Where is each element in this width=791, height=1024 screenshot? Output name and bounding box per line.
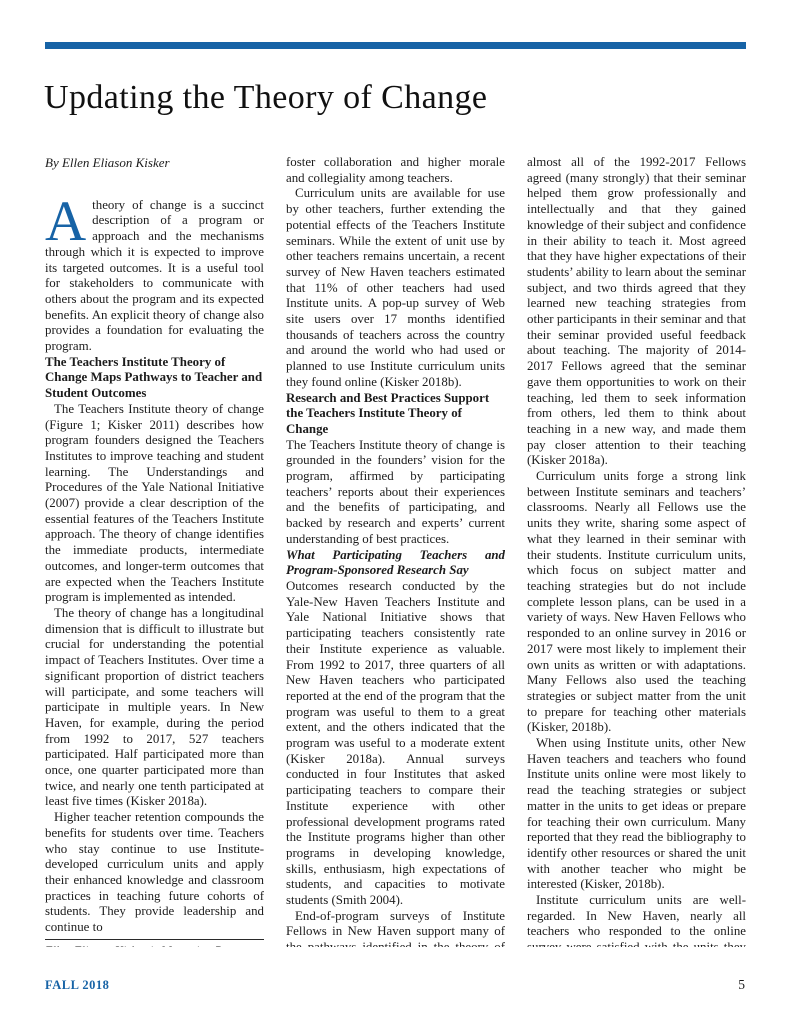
- section-heading: Research and Best Practices Support the …: [286, 391, 505, 438]
- column-3: almost all of the 1992-2017 Fellows agre…: [527, 155, 746, 947]
- byline: By Ellen Eliason Kisker: [45, 155, 264, 171]
- page-number: 5: [738, 977, 745, 993]
- paragraph: foster collaboration and higher morale a…: [286, 155, 505, 186]
- subsection-heading: What Participating Teachers and Program-…: [286, 548, 505, 579]
- drop-cap: A: [45, 198, 92, 244]
- paragraph: Higher teacher retention compounds the b…: [45, 810, 264, 936]
- paragraph: Institute curriculum units are well-rega…: [527, 893, 746, 947]
- header-rule: [45, 42, 746, 49]
- column-1: By Ellen Eliason Kisker Atheory of chang…: [45, 155, 264, 947]
- section-heading: The Teachers Institute Theory of Change …: [45, 355, 264, 402]
- author-footnote: Ellen Eliason Kisker is Managing Partner…: [45, 939, 264, 947]
- article-page: Updating the Theory of Change By Ellen E…: [0, 0, 791, 1024]
- paragraph: almost all of the 1992-2017 Fellows agre…: [527, 155, 746, 469]
- page-title: Updating the Theory of Change: [44, 79, 487, 117]
- paragraph: The Teachers Institute theory of change …: [286, 438, 505, 548]
- paragraph: When using Institute units, other New Ha…: [527, 736, 746, 893]
- column-2: foster collaboration and higher morale a…: [286, 155, 505, 947]
- paragraph: Outcomes research conducted by the Yale-…: [286, 579, 505, 909]
- paragraph: The Teachers Institute theory of change …: [45, 402, 264, 606]
- paragraph: End-of-program surveys of Institute Fell…: [286, 909, 505, 947]
- paragraph: The theory of change has a longitudinal …: [45, 606, 264, 810]
- paragraph: Curriculum units forge a strong link bet…: [527, 469, 746, 736]
- paragraph: Atheory of change is a succinct descript…: [45, 198, 264, 355]
- issue-label: FALL 2018: [45, 978, 109, 993]
- paragraph: Curriculum units are available for use b…: [286, 186, 505, 390]
